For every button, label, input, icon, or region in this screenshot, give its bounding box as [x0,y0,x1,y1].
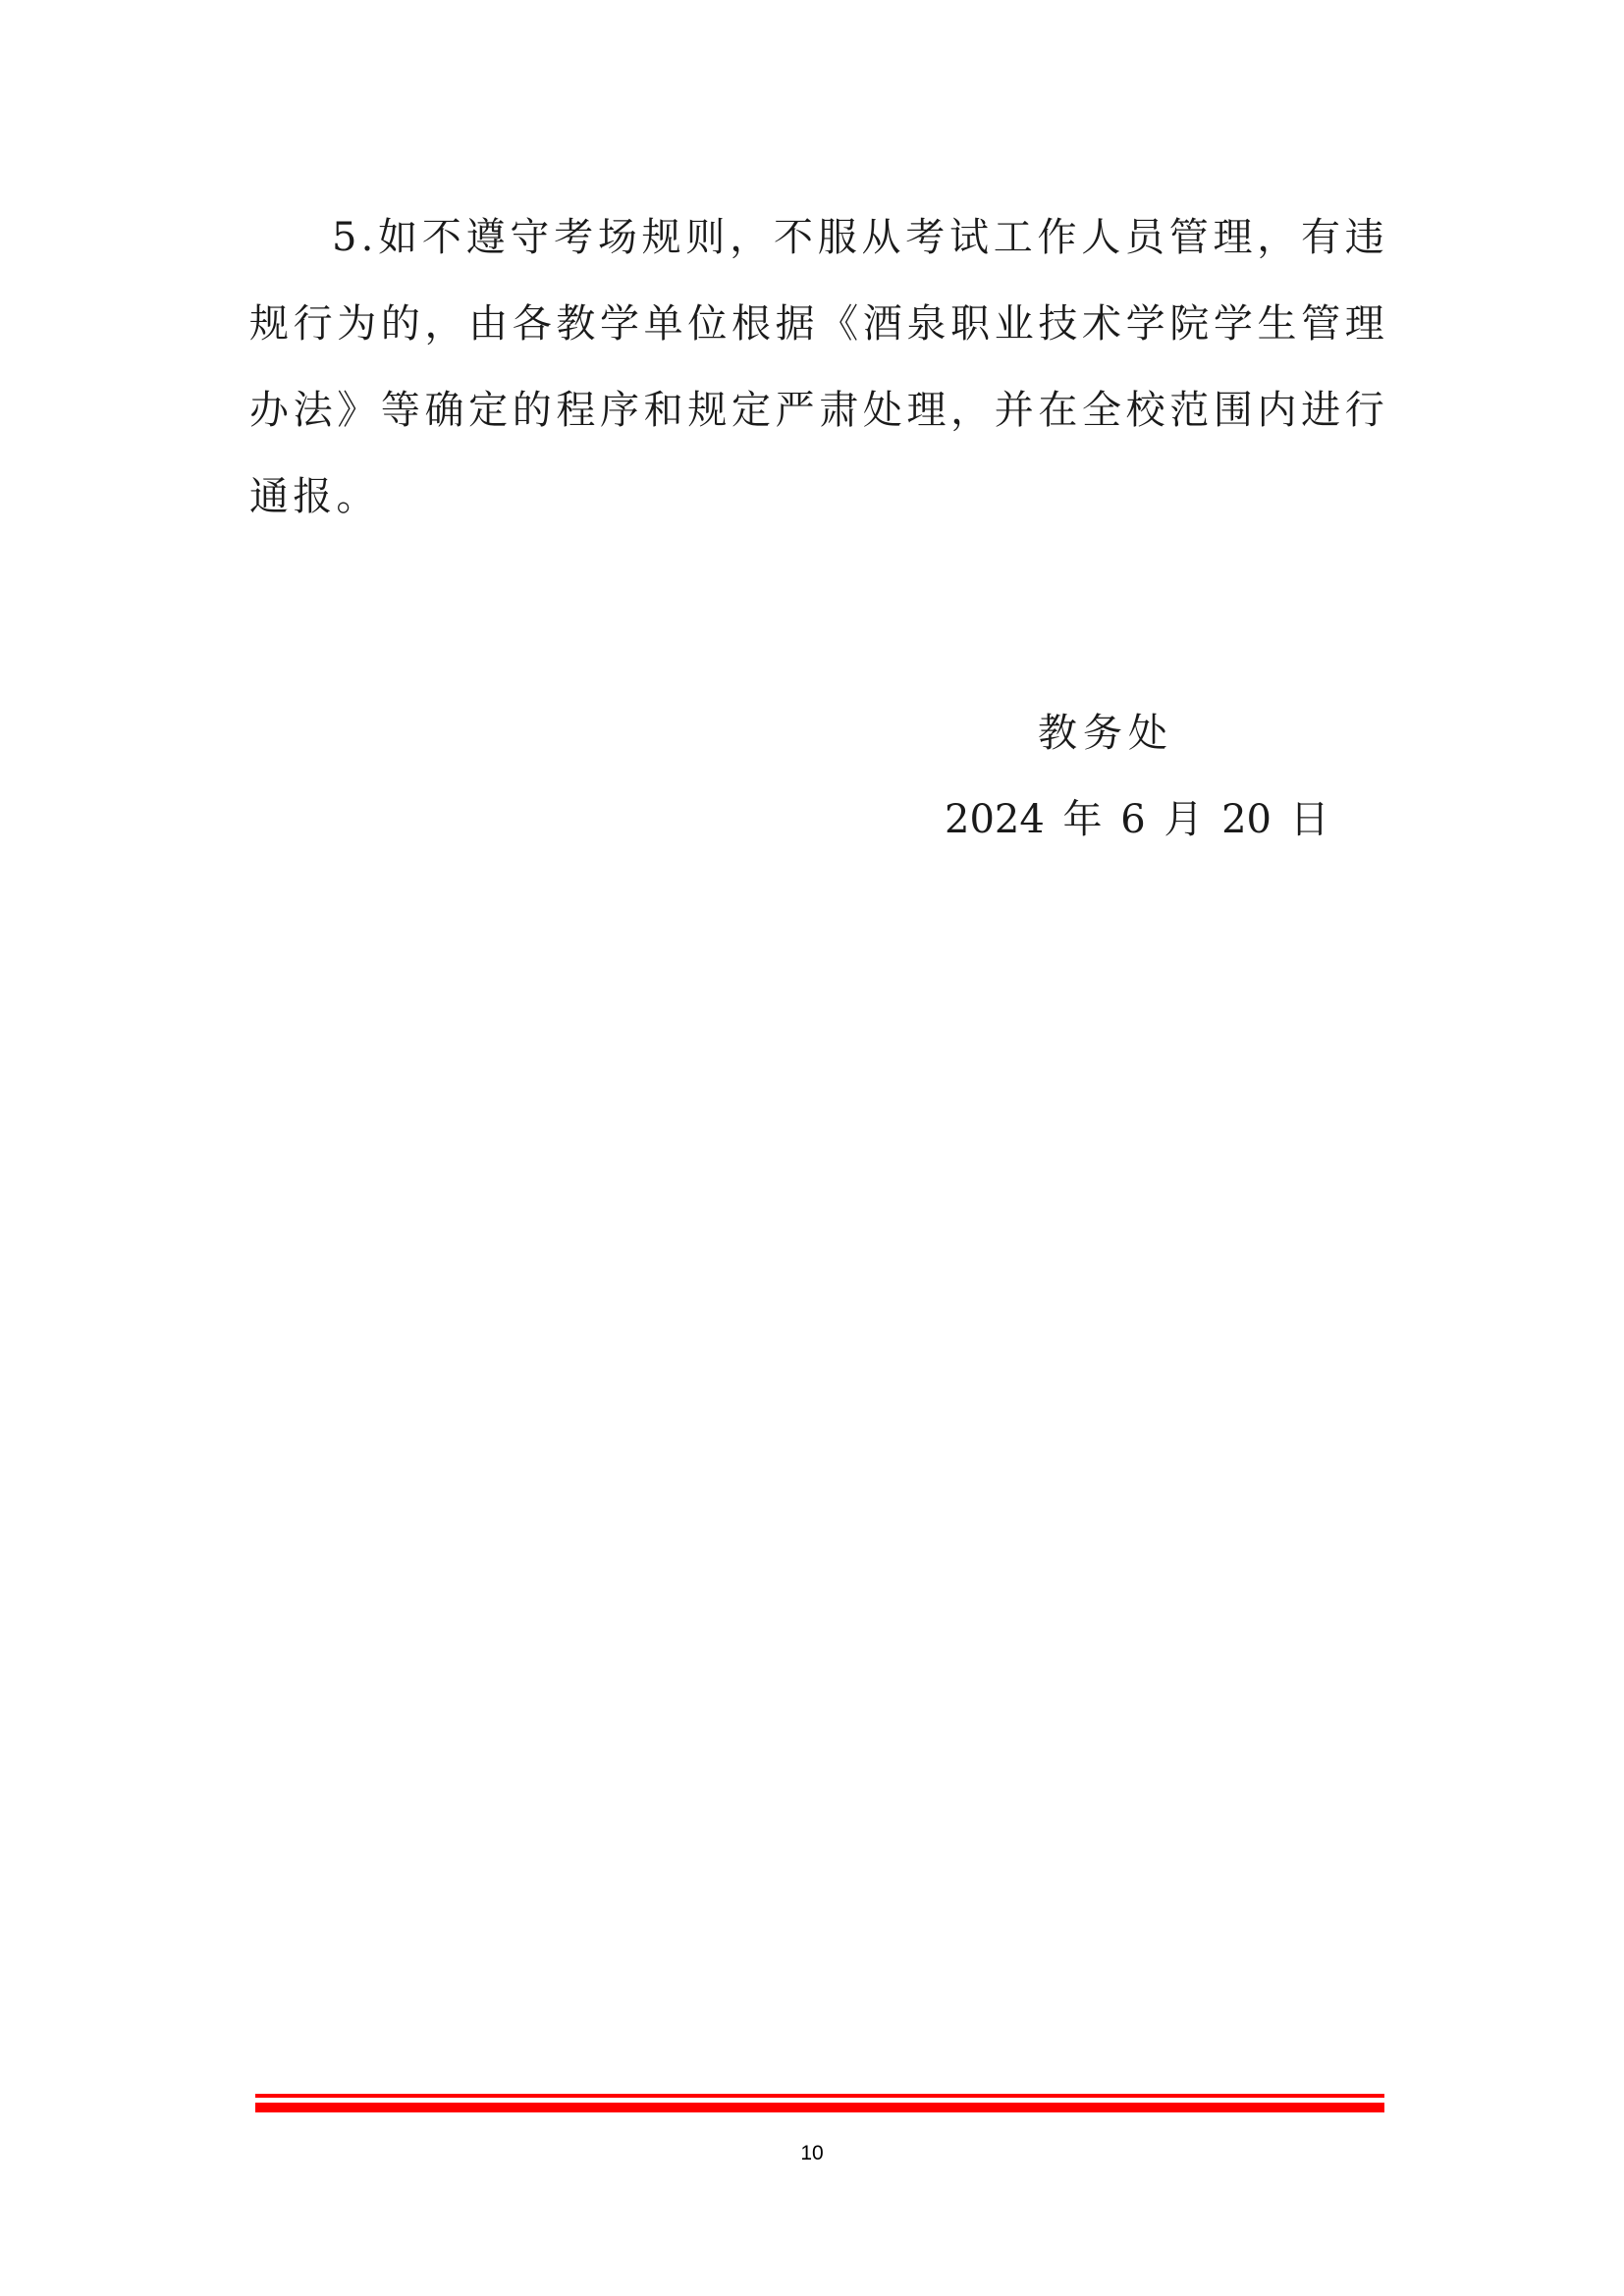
footer-rule-thin [255,2094,1384,2098]
issue-date: 2024 年 6 月 20 日 [945,795,1329,844]
page-number: 10 [0,2142,1624,2165]
issuing-department: 教务处 [1038,709,1173,758]
signature-block: 教务处 2024 年 6 月 20 日 [0,0,1624,883]
document-page: 5.如不遵守考场规则，不服从考试工作人员管理，有违规行为的，由各教学单位根据《酒… [0,0,1624,2296]
footer-rule-thick [255,2103,1384,2112]
